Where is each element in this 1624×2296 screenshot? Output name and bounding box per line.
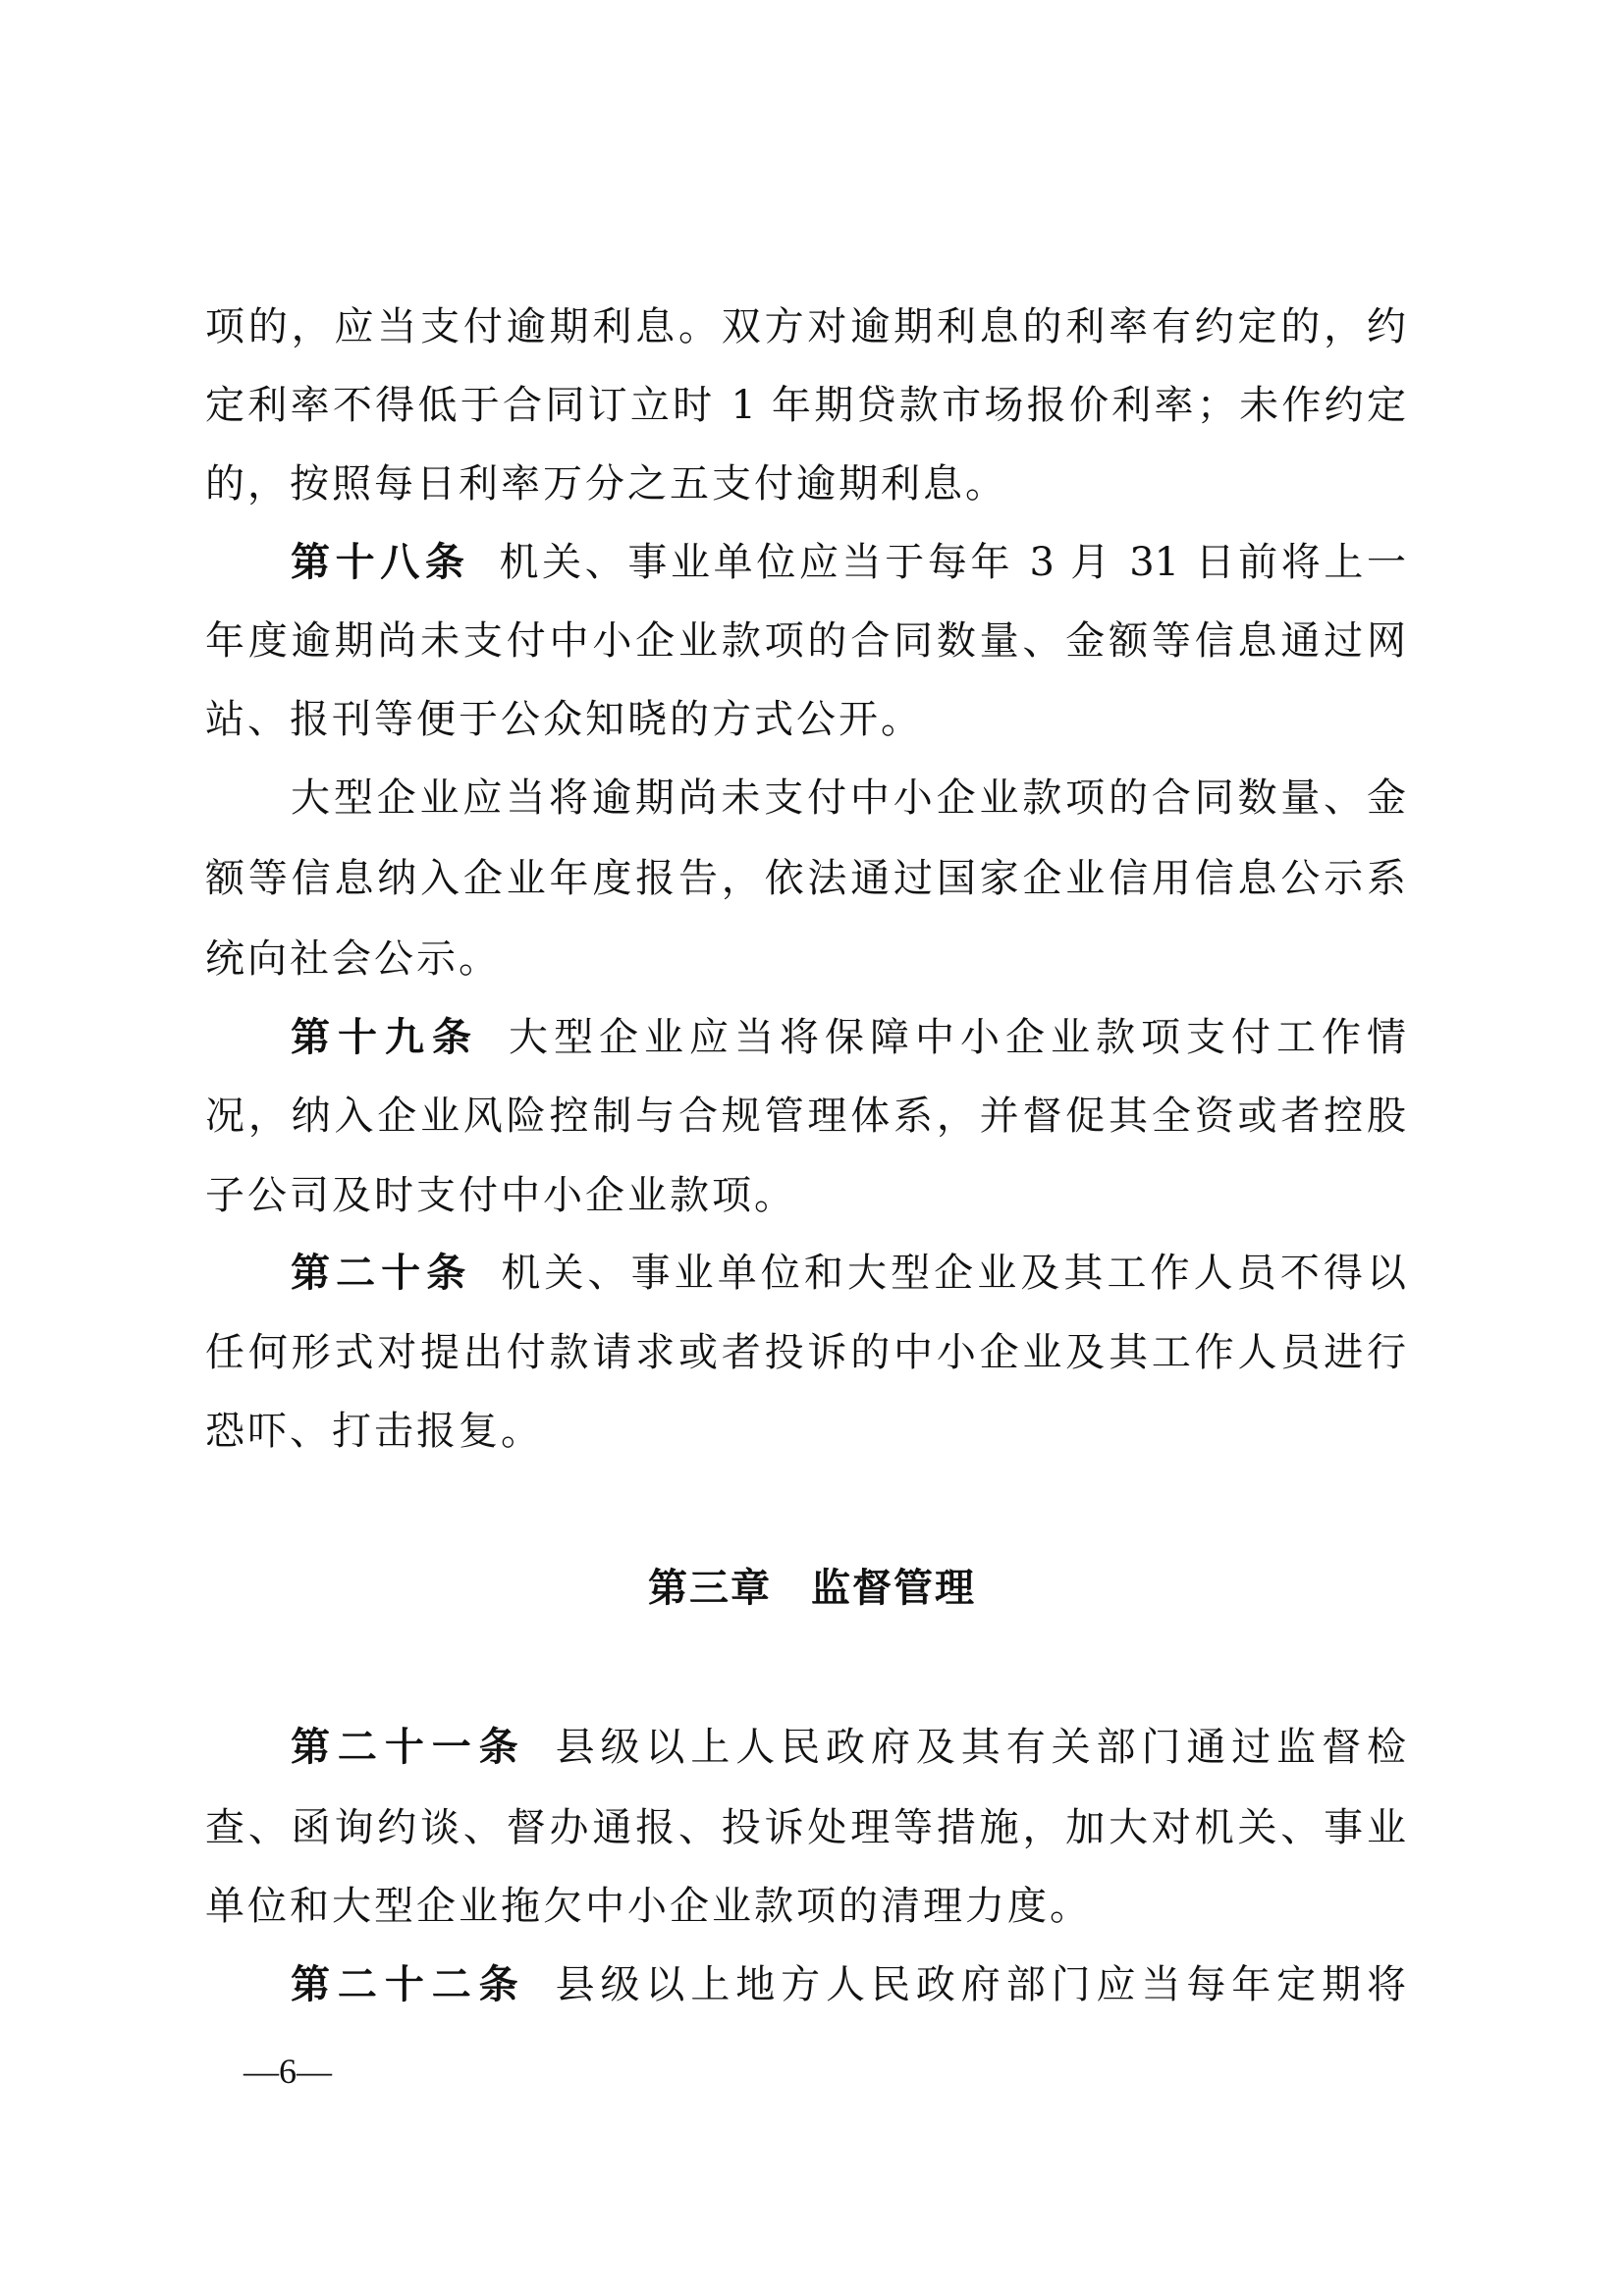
line-text: 机关、事业单位和大型企业及其工作人员不得以 (501, 1251, 1406, 1296)
document-page: 项的，应当支付逾期利息。双方对逾期利息的利率有约定的，约 定利率不得低于合同订立… (0, 0, 1624, 2296)
text-line: 的，按照每日利率万分之五支付逾期利息。 (205, 454, 1406, 513)
line-text: 县级以上人民政府及其有关部门通过监督检 (556, 1725, 1406, 1770)
line-text: 查、函询约谈、督办通报、投诉处理等措施，加大对机关、事业 (205, 1805, 1406, 1850)
chapter-number: 第三章 (648, 1566, 772, 1611)
article-label: 第二十二条 (291, 1962, 526, 2007)
text-line: 任何形式对提出付款请求或者投诉的中小企业及其工作人员进行 (205, 1323, 1406, 1382)
line-text: 额等信息纳入企业年度报告，依法通过国家企业信用信息公示系 (205, 856, 1406, 901)
article-22-first-line: 第二十二条县级以上地方人民政府部门应当每年定期将 (205, 1955, 1406, 2014)
text-line: 站、报刊等便于公众知晓的方式公开。 (205, 690, 1406, 749)
text-line: 项的，应当支付逾期利息。双方对逾期利息的利率有约定的，约 (205, 297, 1406, 356)
line-text: 况，纳入企业风险控制与合规管理体系，并督促其全资或者控股 (205, 1094, 1406, 1139)
line-text: 机关、事业单位应当于每年 3 月 31 日前将上一 (500, 540, 1406, 585)
text-line: 恐吓、打击报复。 (205, 1402, 1406, 1461)
article-label: 第十九条 (291, 1015, 479, 1060)
text-line: 查、函询约谈、督办通报、投诉处理等措施，加大对机关、事业 (205, 1798, 1406, 1857)
line-text: 单位和大型企业拖欠中小企业款项的清理力度。 (205, 1884, 1092, 1929)
line-text: 项的，应当支付逾期利息。双方对逾期利息的利率有约定的，约 (205, 304, 1406, 349)
text-line: 单位和大型企业拖欠中小企业款项的清理力度。 (205, 1877, 1406, 1936)
article-21-first-line: 第二十一条县级以上人民政府及其有关部门通过监督检 (205, 1718, 1406, 1777)
page-number: —6— (244, 2050, 332, 2093)
line-text: 大型企业应当将保障中小企业款项支付工作情 (509, 1015, 1406, 1060)
line-text: 子公司及时支付中小企业款项。 (205, 1173, 796, 1218)
line-text: 任何形式对提出付款请求或者投诉的中小企业及其工作人员进行 (205, 1330, 1406, 1375)
line-text: 县级以上地方人民政府部门应当每年定期将 (556, 1962, 1406, 2007)
text-line: 子公司及时支付中小企业款项。 (205, 1166, 1406, 1225)
article-label: 第十八条 (291, 540, 470, 585)
chapter-title: 监督管理 (811, 1566, 976, 1611)
line-text: 的，按照每日利率万分之五支付逾期利息。 (205, 461, 1007, 507)
article-18-first-line: 第十八条机关、事业单位应当于每年 3 月 31 日前将上一 (205, 533, 1406, 592)
text-line: 统向社会公示。 (205, 930, 1406, 988)
text-line: 况，纳入企业风险控制与合规管理体系，并督促其全资或者控股 (205, 1087, 1406, 1146)
article-19-first-line: 第十九条大型企业应当将保障中小企业款项支付工作情 (205, 1008, 1406, 1067)
line-text: 大型企业应当将逾期尚未支付中小企业款项的合同数量、金 (291, 775, 1406, 821)
line-text: 站、报刊等便于公众知晓的方式公开。 (205, 697, 923, 742)
line-text: 恐吓、打击报复。 (205, 1409, 543, 1454)
chapter-heading: 第三章监督管理 (0, 1559, 1624, 1618)
line-text: 年度逾期尚未支付中小企业款项的合同数量、金额等信息通过网 (205, 618, 1406, 664)
text-line: 年度逾期尚未支付中小企业款项的合同数量、金额等信息通过网 (205, 612, 1406, 670)
line-text: 统向社会公示。 (205, 936, 501, 982)
line-text: 定利率不得低于合同订立时 1 年期贷款市场报价利率；未作约定 (205, 383, 1406, 428)
article-20-first-line: 第二十条机关、事业单位和大型企业及其工作人员不得以 (205, 1244, 1406, 1303)
article-label: 第二十条 (291, 1251, 471, 1296)
article-label: 第二十一条 (291, 1725, 526, 1770)
text-line: 额等信息纳入企业年度报告，依法通过国家企业信用信息公示系 (205, 849, 1406, 908)
text-line: 定利率不得低于合同订立时 1 年期贷款市场报价利率；未作约定 (205, 376, 1406, 435)
paragraph-first-line: 大型企业应当将逾期尚未支付中小企业款项的合同数量、金 (205, 769, 1406, 828)
